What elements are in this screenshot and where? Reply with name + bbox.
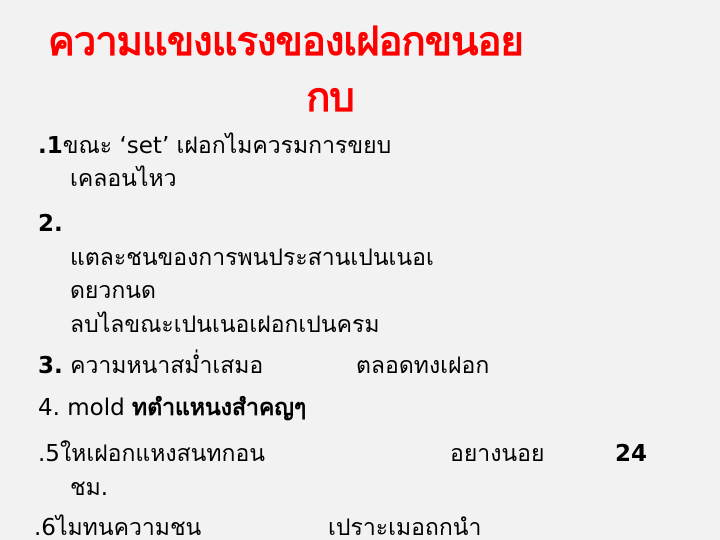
list-item-1-line-2: เคลอนไหว	[70, 163, 177, 196]
list-item-number: 3.	[38, 353, 63, 379]
list-item-3: 3. ความหนาสม่ำเสมอ	[38, 350, 263, 383]
list-item-2-number: 2.	[38, 208, 63, 241]
list-item-6: .6ไมทนความชน	[34, 512, 201, 540]
list-item-2-line-1: แตละชนของการพนประสานเปนเนอเ	[70, 242, 434, 275]
list-item-text-bold: ทตำแหนงสำคญๆ	[132, 395, 306, 421]
list-item-2-line-2: ดยวกนด	[70, 275, 156, 308]
list-item-5: .5ใหเฝอกแหงสนทกอน	[38, 438, 265, 471]
list-item-text-a: ความหนาสม่ำเสมอ	[70, 353, 263, 379]
list-item-text-a: ไมทนความชน	[56, 515, 201, 540]
list-item-6-text-b: เปราะเมอถกนำ	[328, 512, 481, 540]
list-item-number: 4.	[38, 395, 60, 421]
slide-title: ความแขงแรงของเฝอกขนอย กบ	[40, 14, 600, 126]
list-item-5-text-b: อยางนอย	[450, 438, 544, 471]
list-item-text: ขณะ ‘set’ เฝอกไมควรมการขยบ	[63, 133, 391, 159]
list-item-4: 4. mold ทตำแหนงสำคญๆ	[38, 392, 306, 425]
list-item-number: .5	[38, 441, 60, 467]
list-item-1-line-1: .1ขณะ ‘set’ เฝอกไมควรมการขยบ	[38, 130, 391, 163]
slide-title-line-2: กบ	[40, 70, 600, 126]
list-item-5-value: 24	[615, 438, 647, 471]
list-item-text-a: ใหเฝอกแหงสนทกอน	[60, 441, 265, 467]
list-item-number: .1	[38, 133, 63, 159]
list-item-3-text-b: ตลอดทงเฝอก	[356, 350, 489, 383]
list-item-number: .6	[34, 515, 56, 540]
slide-title-line-1: ความแขงแรงของเฝอกขนอย	[40, 14, 600, 70]
list-item-text-plain: mold	[67, 395, 124, 421]
list-item-2-line-3: ลบไลขณะเปนเนอเฝอกเปนครม	[70, 309, 380, 342]
slide: ความแขงแรงของเฝอกขนอย กบ .1ขณะ ‘set’ เฝอ…	[0, 0, 720, 540]
list-item-5-line-2: ชม.	[70, 472, 108, 505]
